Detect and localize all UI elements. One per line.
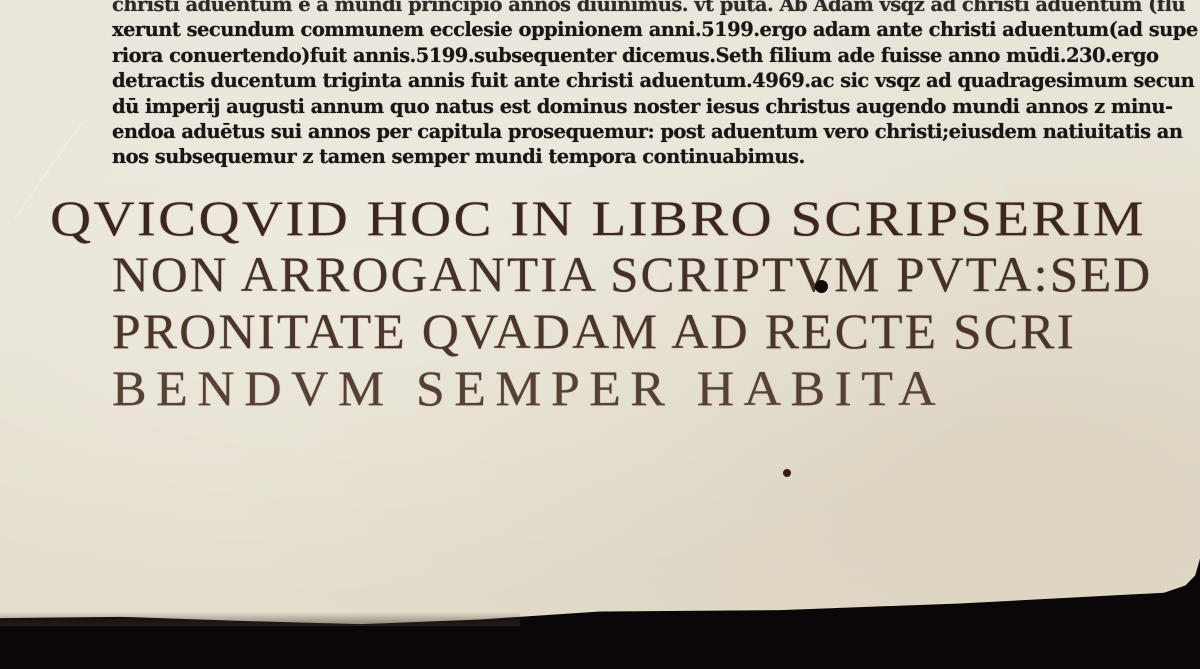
- ink-spot: [783, 469, 791, 477]
- printed-line: detractis ducentum triginta annis fuit a…: [112, 68, 1162, 93]
- inscription-line: BENDVM SEMPER HABITA: [112, 360, 945, 416]
- inscription-line: PRONITATE QVADAM AD RECTE SCRI: [112, 303, 1076, 359]
- printed-line: christi aduentum e a mundi principio ann…: [112, 0, 1162, 17]
- book-page: christi aduentum e a mundi principio ann…: [0, 0, 1200, 669]
- printed-text-block: christi aduentum e a mundi principio ann…: [112, 0, 1162, 170]
- printed-line: nos subsequemur z tamen semper mundi tem…: [112, 144, 1162, 169]
- inscription-line: NON ARROGANTIA SCRIPTVM PVTA:SED: [112, 246, 1152, 302]
- printed-line: xerunt secundum communem ecclesie oppini…: [112, 17, 1162, 42]
- printed-line: riora conuertendo)fuit annis.5199.subseq…: [112, 43, 1162, 68]
- page-edge-shadow: [0, 612, 520, 626]
- photo-scene: christi aduentum e a mundi principio ann…: [0, 0, 1200, 669]
- ink-blot: [815, 280, 828, 293]
- printed-line: dū imperij augusti annum quo natus est d…: [112, 94, 1162, 119]
- inscription-line: QVICQVID HOC IN LIBRO SCRIPSERIM: [50, 190, 1146, 246]
- printed-line: endoa aduētus sui annos per capitula pro…: [112, 119, 1162, 144]
